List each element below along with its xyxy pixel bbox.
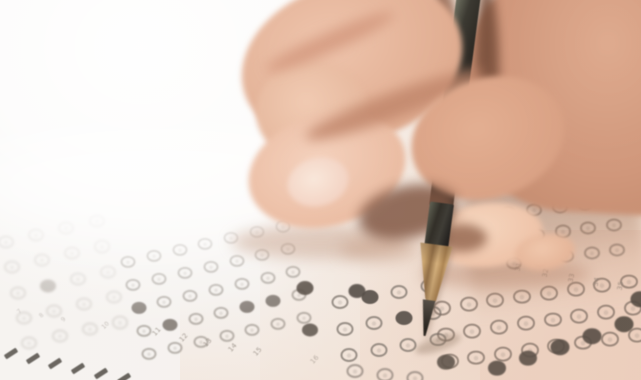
timing-mark	[26, 353, 40, 365]
answer-bubble	[463, 324, 481, 339]
question-number-label: 11	[151, 326, 162, 337]
answer-bubble	[167, 341, 182, 353]
answer-bubble	[407, 371, 424, 380]
question-number-label: 10	[101, 321, 111, 331]
timing-mark	[94, 368, 108, 380]
filled-answer-bubble	[551, 339, 570, 355]
answer-bubble	[597, 305, 615, 320]
timing-mark	[71, 363, 85, 375]
timing-mark	[4, 348, 18, 360]
timing-mark	[117, 373, 131, 380]
filled-answer-bubble	[302, 323, 318, 336]
answer-bubble	[21, 337, 37, 350]
answer-bubble	[136, 325, 151, 337]
timing-mark	[48, 358, 62, 370]
hand-cast-shadow	[340, 238, 420, 262]
filled-answer-bubble	[615, 316, 634, 332]
answer-bubble	[377, 368, 394, 380]
question-number-label: 15	[252, 346, 263, 357]
answer-bubble	[82, 323, 98, 336]
pencil-graphite-tip	[417, 299, 438, 337]
answer-bubble	[341, 348, 358, 362]
filled-answer-bubble	[488, 361, 506, 376]
answer-bubble	[347, 364, 364, 378]
filled-answer-bubble	[162, 319, 177, 331]
question-number-label: 12	[178, 332, 189, 343]
answer-bubble	[544, 312, 562, 327]
answer-bubble	[517, 316, 535, 331]
photo-answer-sheet-scene: 789101112131415163132333435	[0, 0, 641, 380]
answer-bubble	[142, 347, 157, 359]
question-number-label: 14	[227, 342, 238, 353]
answer-bubble	[570, 309, 588, 324]
answer-bubble	[467, 350, 485, 365]
answer-bubble	[219, 330, 234, 342]
answer-bubble	[601, 332, 619, 347]
question-number-label: 13	[202, 337, 213, 348]
question-number-label: 16	[309, 354, 320, 365]
filled-answer-bubble	[437, 355, 455, 370]
answer-bubble	[490, 320, 508, 335]
answer-bubble	[336, 322, 353, 336]
answer-bubble	[370, 343, 387, 357]
filled-answer-bubble	[519, 351, 537, 366]
answer-bubble	[245, 324, 260, 336]
answer-bubble	[52, 330, 68, 343]
filled-answer-bubble	[583, 328, 602, 344]
answer-bubble	[494, 347, 512, 362]
